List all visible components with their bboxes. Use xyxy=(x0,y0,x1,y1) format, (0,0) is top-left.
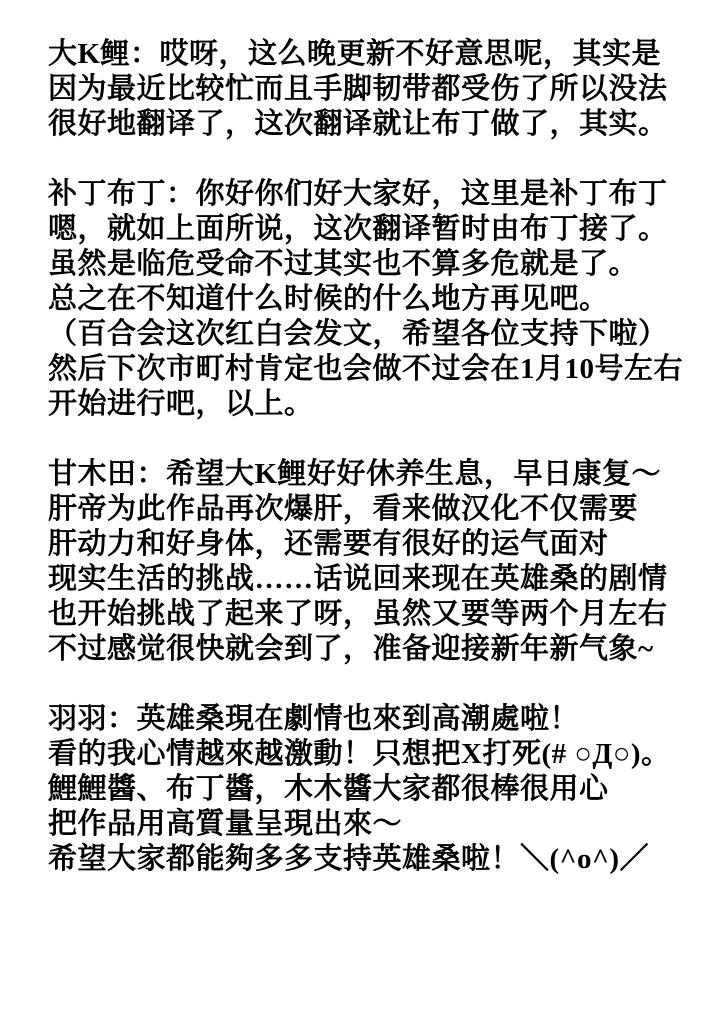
text-line: 不过感觉很快就会到了，准备迎接新年新气象~ xyxy=(48,632,692,667)
paragraph-buding-buding: 补丁布丁：你好你们好大家好，这里是补丁布丁 嗯，就如上面所说，这次翻译暂时由布丁… xyxy=(48,177,692,422)
text-line: 鯉鯉醬、布丁醬，木木醬大家都很棒很用心 xyxy=(48,772,692,807)
text-line: 开始进行吧，以上。 xyxy=(48,387,692,422)
text-line: 也开始挑战了起来了呀，虽然又要等两个月左右 xyxy=(48,597,692,632)
text-line: 嗯，就如上面所说，这次翻译暂时由布丁接了。 xyxy=(48,212,692,247)
paragraph-yuyu: 羽羽：英雄桑現在劇情也來到高潮處啦！ 看的我心情越來越激動！只想把X打死(# ○… xyxy=(48,702,692,877)
text-line: 然后下次市町村肯定也会做不过会在1月10号左右 xyxy=(48,352,692,387)
text-line: 大K鲤：哎呀，这么晚更新不好意思呢，其实是 xyxy=(48,37,692,72)
text-line: 羽羽：英雄桑現在劇情也來到高潮處啦！ xyxy=(48,702,692,737)
text-line: 肝动力和好身体，还需要有很好的运气面对 xyxy=(48,527,692,562)
text-line: 看的我心情越來越激動！只想把X打死(# ○Д○)。 xyxy=(48,737,692,772)
text-line: 把作品用高質量呈現出來～ xyxy=(48,807,692,842)
paragraph-ganmutian: 甘木田：希望大K鲤好好休养生息，早日康复～ 肝帝为此作品再次爆肝，看来做汉化不仅… xyxy=(48,457,692,667)
text-line: 因为最近比较忙而且手脚韧带都受伤了所以没法 xyxy=(48,72,692,107)
text-line: 虽然是临危受命不过其实也不算多危就是了。 xyxy=(48,247,692,282)
text-line: 总之在不知道什么时候的什么地方再见吧。 xyxy=(48,282,692,317)
text-line: 很好地翻译了，这次翻译就让布丁做了，其实。 xyxy=(48,107,692,142)
text-line: 甘木田：希望大K鲤好好休养生息，早日康复～ xyxy=(48,457,692,492)
paragraph-da-k-li: 大K鲤：哎呀，这么晚更新不好意思呢，其实是 因为最近比较忙而且手脚韧带都受伤了所… xyxy=(48,37,692,142)
credits-page: 大K鲤：哎呀，这么晚更新不好意思呢，其实是 因为最近比较忙而且手脚韧带都受伤了所… xyxy=(0,0,722,1024)
text-line: 肝帝为此作品再次爆肝，看来做汉化不仅需要 xyxy=(48,492,692,527)
text-line: 补丁布丁：你好你们好大家好，这里是补丁布丁 xyxy=(48,177,692,212)
text-line: 希望大家都能夠多多支持英雄桑啦！＼(^o^)／ xyxy=(48,842,692,877)
text-line: （百合会这次红白会发文，希望各位支持下啦） xyxy=(48,317,692,352)
text-line: 现实生活的挑战……话说回来现在英雄桑的剧情 xyxy=(48,562,692,597)
